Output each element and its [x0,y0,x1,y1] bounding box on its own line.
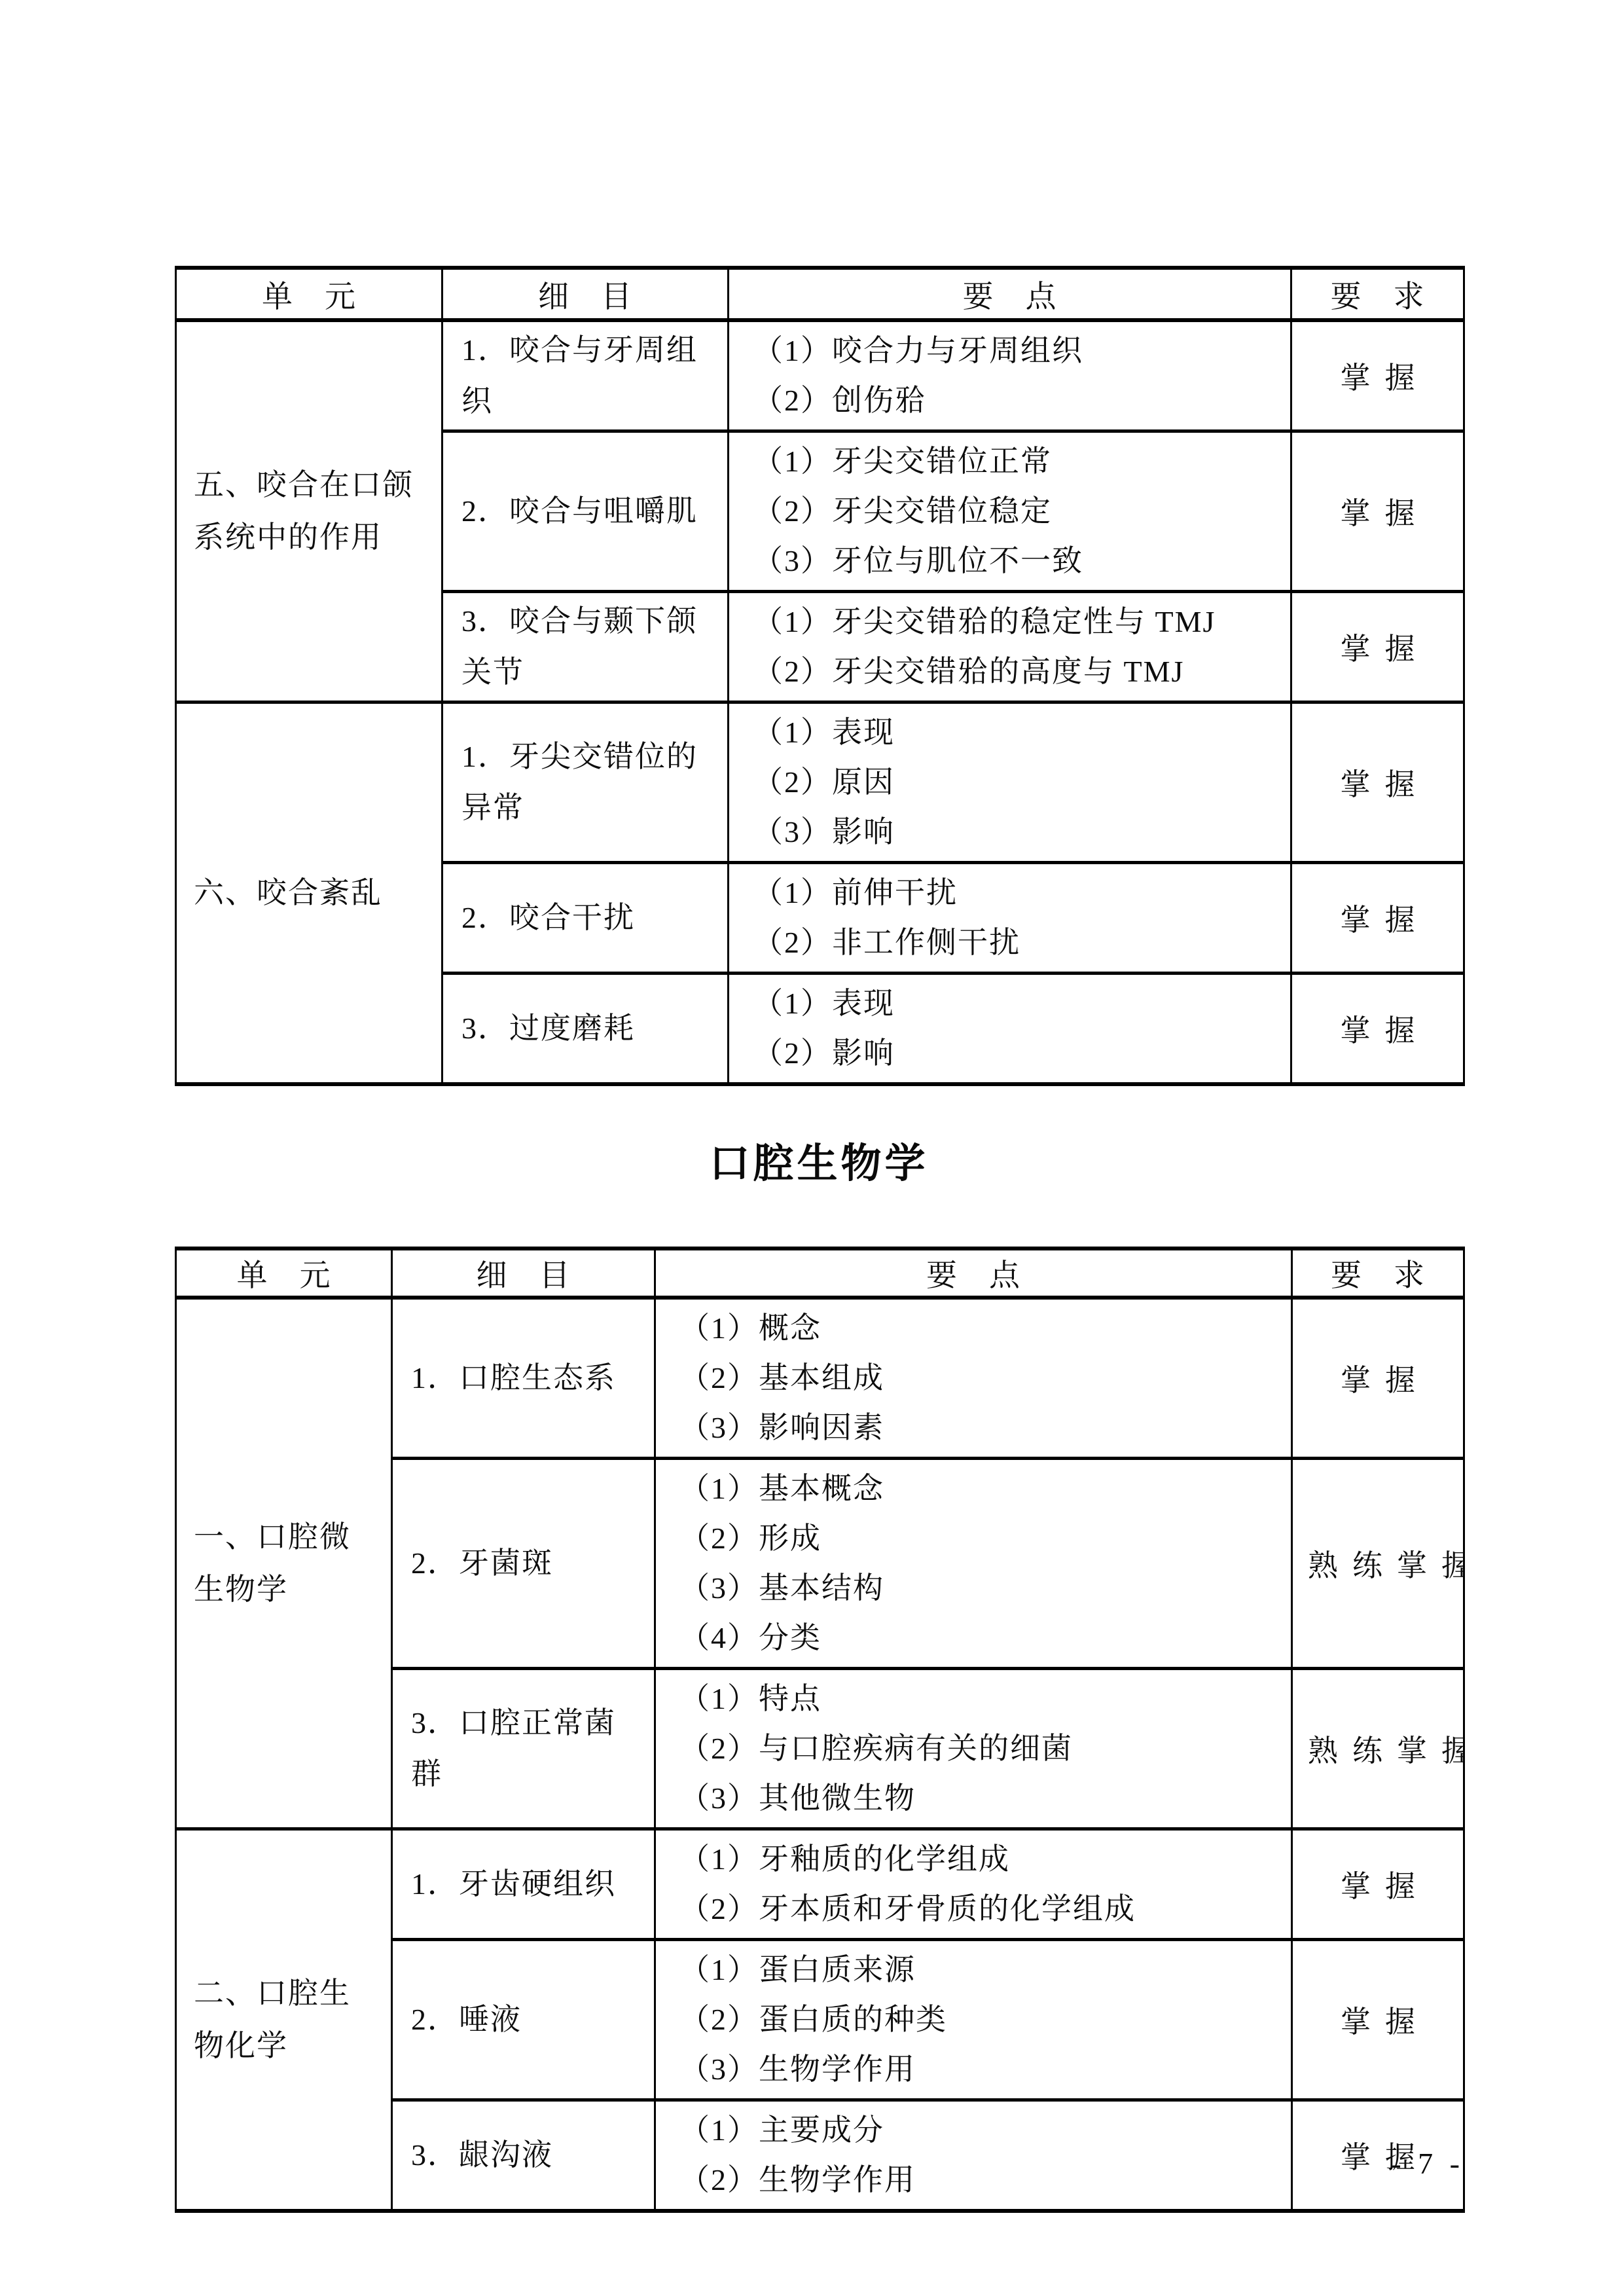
requirement-cell: 掌握 [1291,592,1464,702]
detail-cell: 1．牙尖交错位的异常 [442,702,729,863]
point-line: （2）牙尖交错𬌗的高度与 TMJ [753,647,1285,697]
points-cell: （1）牙尖交错位正常 （2）牙尖交错位稳定 （3）牙位与肌位不一致 [729,431,1291,592]
point-line: （4）分类 [679,1613,1286,1663]
requirement-cell: 掌握 [1291,320,1464,431]
table-row: 二、口腔生物化学 1．牙齿硬组织 （1）牙釉质的化学组成 （2）牙本质和牙骨质的… [176,1829,1464,1940]
requirement-cell: 掌握 [1292,1298,1464,1459]
table-row: 六、咬合紊乱 1．牙尖交错位的异常 （1）表现 （2）原因 （3）影响 掌握 [176,702,1464,863]
unit-cell: 二、口腔生物化学 [176,1829,392,2212]
table-oral-biology: 单 元 细 目 要 点 要 求 一、口腔微生物学 1．口腔生态系 （1）概念 （… [175,1247,1465,2213]
requirement-cell: 掌握 [1292,1829,1464,1940]
point-line: （2）创伤𬌗 [753,376,1285,426]
header-requirement: 要 求 [1292,1248,1464,1298]
point-line: （3）其他微生物 [679,1774,1286,1823]
table-header-row: 单 元 细 目 要 点 要 求 [176,268,1464,320]
requirement-cell: 掌握 [1291,974,1464,1085]
detail-cell: 1．咬合与牙周组织 [442,320,729,431]
detail-cell: 3．咬合与颞下颌关节 [442,592,729,702]
requirement-cell: 熟练掌握 [1292,1459,1464,1669]
points-cell: （1）概念 （2）基本组成 （3）影响因素 [655,1298,1292,1459]
point-line: （1）牙釉质的化学组成 [679,1834,1286,1884]
point-line: （3）影响 [753,807,1285,857]
point-line: （3）基本结构 [679,1563,1286,1613]
requirement-cell: 熟练掌握 [1292,1669,1464,1829]
detail-cell: 2．牙菌斑 [392,1459,655,1669]
header-points: 要 点 [655,1248,1292,1298]
point-line: （3）生物学作用 [679,2045,1286,2094]
header-item: 细 目 [442,268,729,320]
requirement-cell: 掌握 [1292,1940,1464,2100]
point-line: （3）影响因素 [679,1403,1286,1453]
header-item: 细 目 [392,1248,655,1298]
point-line: （1）牙尖交错𬌗的稳定性与 TMJ [753,597,1285,647]
detail-cell: 2．咬合与咀嚼肌 [442,431,729,592]
points-cell: （1）牙尖交错𬌗的稳定性与 TMJ （2）牙尖交错𬌗的高度与 TMJ [729,592,1291,702]
point-line: （1）表现 [753,708,1285,757]
points-cell: （1）牙釉质的化学组成 （2）牙本质和牙骨质的化学组成 [655,1829,1292,1940]
table-row: 一、口腔微生物学 1．口腔生态系 （1）概念 （2）基本组成 （3）影响因素 掌… [176,1298,1464,1459]
unit-cell: 六、咬合紊乱 [176,702,442,1085]
point-line: （2）基本组成 [679,1353,1286,1403]
point-line: （1）咬合力与牙周组织 [753,326,1285,376]
point-line: （2）影响 [753,1029,1285,1078]
detail-cell: 2．咬合干扰 [442,863,729,974]
point-line: （1）基本概念 [679,1464,1286,1514]
table-occlusion: 单 元 细 目 要 点 要 求 五、咬合在口颌系统中的作用 1．咬合与牙周组织 … [175,266,1465,1086]
unit-cell: 一、口腔微生物学 [176,1298,392,1829]
point-line: （2）形成 [679,1514,1286,1563]
point-line: （1）蛋白质来源 [679,1945,1286,1995]
detail-cell: 1．牙齿硬组织 [392,1829,655,1940]
points-cell: （1）基本概念 （2）形成 （3）基本结构 （4）分类 [655,1459,1292,1669]
point-line: （1）概念 [679,1303,1286,1353]
requirement-cell: 掌握 [1291,702,1464,863]
points-cell: （1）特点 （2）与口腔疾病有关的细菌 （3）其他微生物 [655,1669,1292,1829]
point-line: （2）牙尖交错位稳定 [753,486,1285,536]
points-cell: （1）表现 （2）影响 [729,974,1291,1085]
detail-cell: 2．唾液 [392,1940,655,2100]
header-points: 要 点 [729,268,1291,320]
points-cell: （1）前伸干扰 （2）非工作侧干扰 [729,863,1291,974]
section-title: 口腔生物学 [175,1131,1463,1189]
points-cell: （1）咬合力与牙周组织 （2）创伤𬌗 [729,320,1291,431]
detail-cell: 1．口腔生态系 [392,1298,655,1459]
point-line: （3）牙位与肌位不一致 [753,536,1285,586]
point-line: （1）牙尖交错位正常 [753,437,1285,486]
points-cell: （1）表现 （2）原因 （3）影响 [729,702,1291,863]
detail-cell: 3．口腔正常菌群 [392,1669,655,1829]
detail-cell: 3．龈沟液 [392,2100,655,2212]
requirement-cell: 掌握 [1291,863,1464,974]
table-header-row: 单 元 细 目 要 点 要 求 [176,1248,1464,1298]
point-line: （2）牙本质和牙骨质的化学组成 [679,1884,1286,1934]
page-number: - 7 - [1391,2146,1464,2181]
requirement-cell: 掌握 [1291,431,1464,592]
point-line: （2）蛋白质的种类 [679,1995,1286,2045]
points-cell: （1）蛋白质来源 （2）蛋白质的种类 （3）生物学作用 [655,1940,1292,2100]
point-line: （2）与口腔疾病有关的细菌 [679,1724,1286,1774]
unit-cell: 五、咬合在口颌系统中的作用 [176,320,442,702]
point-line: （1）特点 [679,1674,1286,1724]
points-cell: （1）主要成分 （2）生物学作用 [655,2100,1292,2212]
point-line: （1）前伸干扰 [753,868,1285,918]
point-line: （2）非工作侧干扰 [753,918,1285,968]
header-unit: 单 元 [176,268,442,320]
point-line: （1）主要成分 [679,2105,1286,2155]
point-line: （1）表现 [753,979,1285,1029]
point-line: （2）生物学作用 [679,2155,1286,2205]
point-line: （2）原因 [753,757,1285,807]
table-row: 五、咬合在口颌系统中的作用 1．咬合与牙周组织 （1）咬合力与牙周组织 （2）创… [176,320,1464,431]
header-requirement: 要 求 [1291,268,1464,320]
detail-cell: 3．过度磨耗 [442,974,729,1085]
header-unit: 单 元 [176,1248,392,1298]
